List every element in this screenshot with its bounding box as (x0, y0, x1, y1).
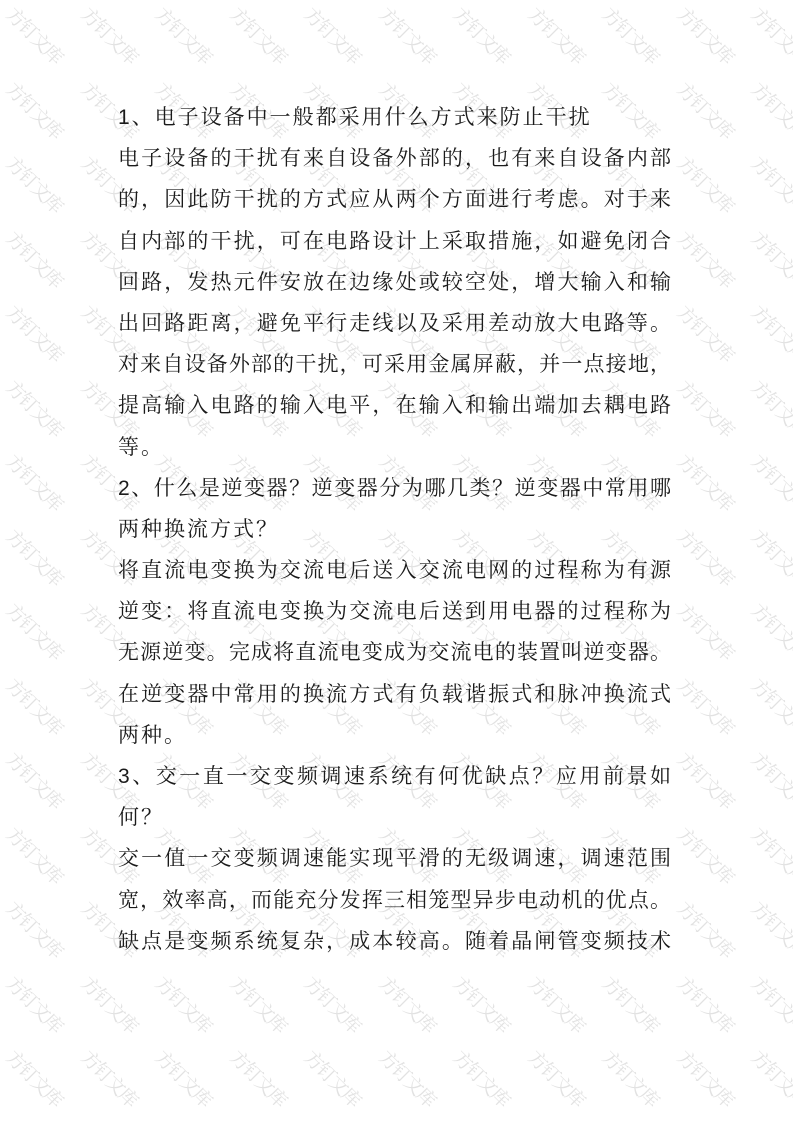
answer-line: 缺点是变频系统复杂，成本较高。随着晶闸管变频技术 (118, 921, 671, 962)
answer-line: 对来自设备外部的干扰，可采用金属屏蔽，并一点接地， (118, 344, 671, 385)
watermark-text: 方钉文库 (150, 1044, 219, 1113)
watermark-text: 方钉文库 (1, 224, 70, 293)
question-line: 两种换流方式？ (118, 509, 671, 550)
watermark-text: 方钉文库 (1, 969, 70, 1038)
answer-line: 两种。 (118, 715, 671, 756)
watermark-text: 方钉文库 (224, 1044, 293, 1113)
answer-line: 在逆变器中常用的换流方式有负载谐振式和脉冲换流式 (118, 674, 671, 715)
watermark-text: 方钉文库 (448, 1044, 517, 1113)
watermark-text: 方钉文库 (746, 597, 793, 666)
watermark-text: 方钉文库 (671, 1, 740, 70)
watermark-text: 方钉文库 (1, 448, 70, 517)
watermark-text: 方钉文库 (597, 969, 666, 1038)
watermark-text: 方钉文库 (373, 1044, 442, 1113)
watermark-text: 方钉文库 (746, 75, 793, 144)
watermark-text: 方钉文库 (1, 820, 70, 889)
watermark-text: 方钉文库 (1, 373, 70, 442)
watermark-text: 方钉文库 (299, 969, 368, 1038)
watermark-text: 方钉文库 (522, 1044, 591, 1113)
watermark-text: 方钉文库 (671, 969, 740, 1038)
watermark-text: 方钉文库 (448, 969, 517, 1038)
watermark-text: 方钉文库 (671, 671, 740, 740)
answer-line: 逆变：将直流电变换为交流电后送到用电器的过程称为 (118, 591, 671, 632)
watermark-text: 方钉文库 (746, 969, 793, 1038)
document-text: 1、电子设备中一般都采用什么方式来防止干扰电子设备的干扰有来自设备外部的，也有来… (118, 97, 671, 962)
document-page: 方钉文库方钉文库方钉文库方钉文库方钉文库方钉文库方钉文库方钉文库方钉文库方钉文库… (0, 0, 793, 1122)
watermark-text: 方钉文库 (299, 1, 368, 70)
watermark-text: 方钉文库 (671, 150, 740, 219)
watermark-text: 方钉文库 (1, 671, 70, 740)
answer-line: 出回路距离，避免平行走线以及采用差动放大电路等。 (118, 303, 671, 344)
watermark-text: 方钉文库 (671, 373, 740, 442)
watermark-text: 方钉文库 (746, 895, 793, 964)
watermark-text: 方钉文库 (1, 895, 70, 964)
answer-line: 电子设备的干扰有来自设备外部的，也有来自设备内部 (118, 138, 671, 179)
watermark-text: 方钉文库 (448, 1, 517, 70)
watermark-text: 方钉文库 (1, 746, 70, 815)
watermark-text: 方钉文库 (746, 299, 793, 368)
answer-line: 将直流电变换为交流电后送入交流电网的过程称为有源 (118, 550, 671, 591)
watermark-text: 方钉文库 (671, 299, 740, 368)
question-line: 何？ (118, 797, 671, 838)
watermark-text: 方钉文库 (1, 1, 70, 70)
watermark-text: 方钉文库 (746, 150, 793, 219)
watermark-text: 方钉文库 (746, 820, 793, 889)
watermark-text: 方钉文库 (150, 1, 219, 70)
watermark-text: 方钉文库 (75, 969, 144, 1038)
watermark-text: 方钉文库 (671, 746, 740, 815)
watermark-text: 方钉文库 (746, 671, 793, 740)
watermark-text: 方钉文库 (1, 150, 70, 219)
answer-line: 宽，效率高，而能充分发挥三相笼型异步电动机的优点。 (118, 880, 671, 921)
answer-line: 的，因此防干扰的方式应从两个方面进行考虑。对于来 (118, 179, 671, 220)
answer-line: 自内部的干扰，可在电路设计上采取措施，如避免闭合 (118, 221, 671, 262)
watermark-text: 方钉文库 (1, 597, 70, 666)
watermark-text: 方钉文库 (746, 1, 793, 70)
watermark-text: 方钉文库 (373, 969, 442, 1038)
answer-line: 无源逆变。完成将直流电变成为交流电的装置叫逆变器。 (118, 632, 671, 673)
answer-line: 交一值一交变频调速能实现平滑的无级调速，调速范围 (118, 838, 671, 879)
watermark-text: 方钉文库 (224, 969, 293, 1038)
watermark-text: 方钉文库 (150, 969, 219, 1038)
watermark-text: 方钉文库 (671, 448, 740, 517)
watermark-text: 方钉文库 (373, 1, 442, 70)
watermark-text: 方钉文库 (671, 895, 740, 964)
watermark-text: 方钉文库 (671, 597, 740, 666)
watermark-text: 方钉文库 (1, 75, 70, 144)
watermark-text: 方钉文库 (746, 448, 793, 517)
watermark-text: 方钉文库 (522, 1, 591, 70)
watermark-text: 方钉文库 (746, 1044, 793, 1113)
watermark-text: 方钉文库 (224, 1, 293, 70)
watermark-text: 方钉文库 (1, 1044, 70, 1113)
watermark-text: 方钉文库 (597, 1, 666, 70)
question-line: 3、交一直一交变频调速系统有何优缺点？应用前景如 (118, 756, 671, 797)
answer-line: 提高输入电路的输入电平，在输入和输出端加去耦电路 (118, 385, 671, 426)
answer-line: 回路，发热元件安放在边缘处或较空处，增大输入和输 (118, 262, 671, 303)
watermark-text: 方钉文库 (75, 1, 144, 70)
question-line: 1、电子设备中一般都采用什么方式来防止干扰 (118, 97, 671, 138)
watermark-text: 方钉文库 (746, 522, 793, 591)
watermark-text: 方钉文库 (299, 1044, 368, 1113)
answer-line: 等。 (118, 427, 671, 468)
watermark-text: 方钉文库 (671, 522, 740, 591)
watermark-text: 方钉文库 (1, 299, 70, 368)
watermark-text: 方钉文库 (746, 373, 793, 442)
watermark-text: 方钉文库 (746, 224, 793, 293)
watermark-text: 方钉文库 (75, 1044, 144, 1113)
question-line: 2、什么是逆变器？逆变器分为哪几类？逆变器中常用哪 (118, 468, 671, 509)
watermark-text: 方钉文库 (671, 820, 740, 889)
watermark-text: 方钉文库 (671, 75, 740, 144)
watermark-text: 方钉文库 (522, 969, 591, 1038)
watermark-text: 方钉文库 (671, 1044, 740, 1113)
watermark-text: 方钉文库 (597, 1044, 666, 1113)
watermark-text: 方钉文库 (746, 746, 793, 815)
watermark-text: 方钉文库 (1, 522, 70, 591)
watermark-text: 方钉文库 (671, 224, 740, 293)
